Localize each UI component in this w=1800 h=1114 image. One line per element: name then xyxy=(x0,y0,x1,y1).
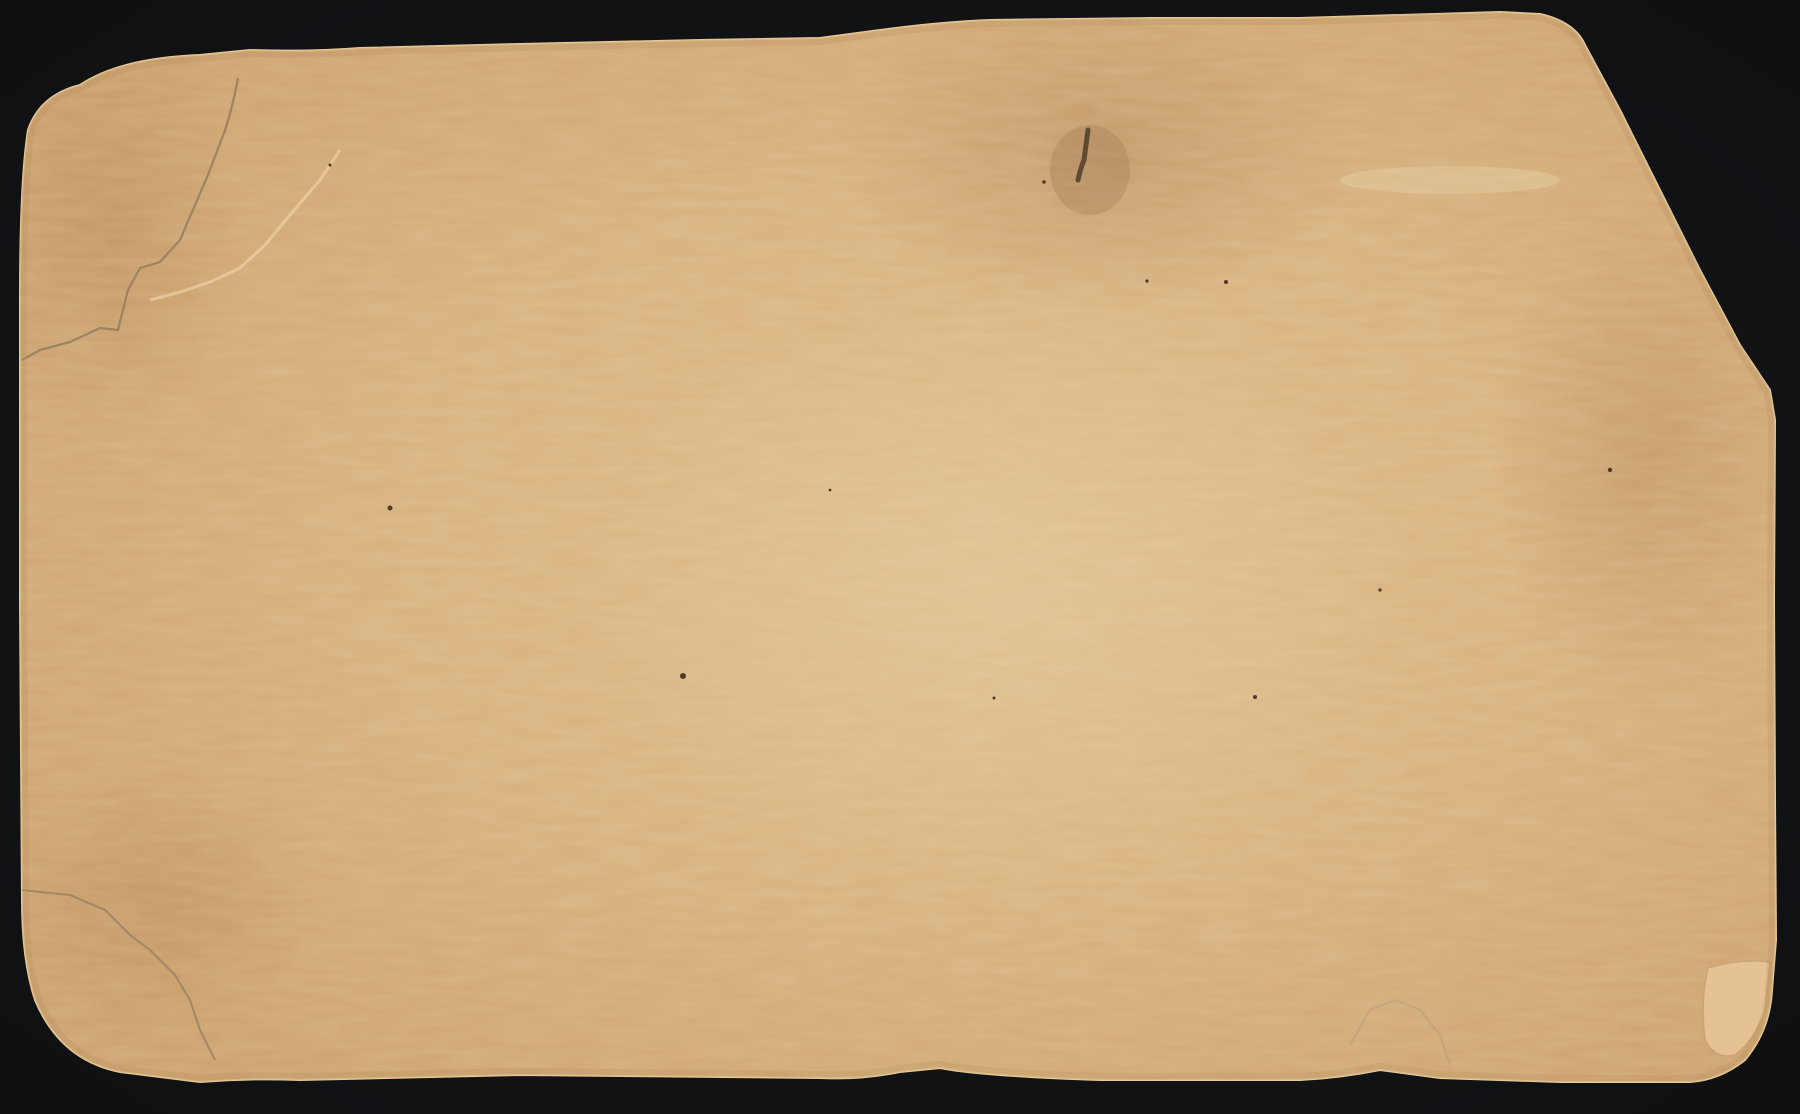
aged-paper-illustration xyxy=(0,0,1800,1114)
paper-grain-texture xyxy=(0,0,1800,1114)
torn-flap-bottom-right xyxy=(1703,961,1770,1056)
photo-scene: Blank aged paper card on dark background xyxy=(0,0,1800,1114)
